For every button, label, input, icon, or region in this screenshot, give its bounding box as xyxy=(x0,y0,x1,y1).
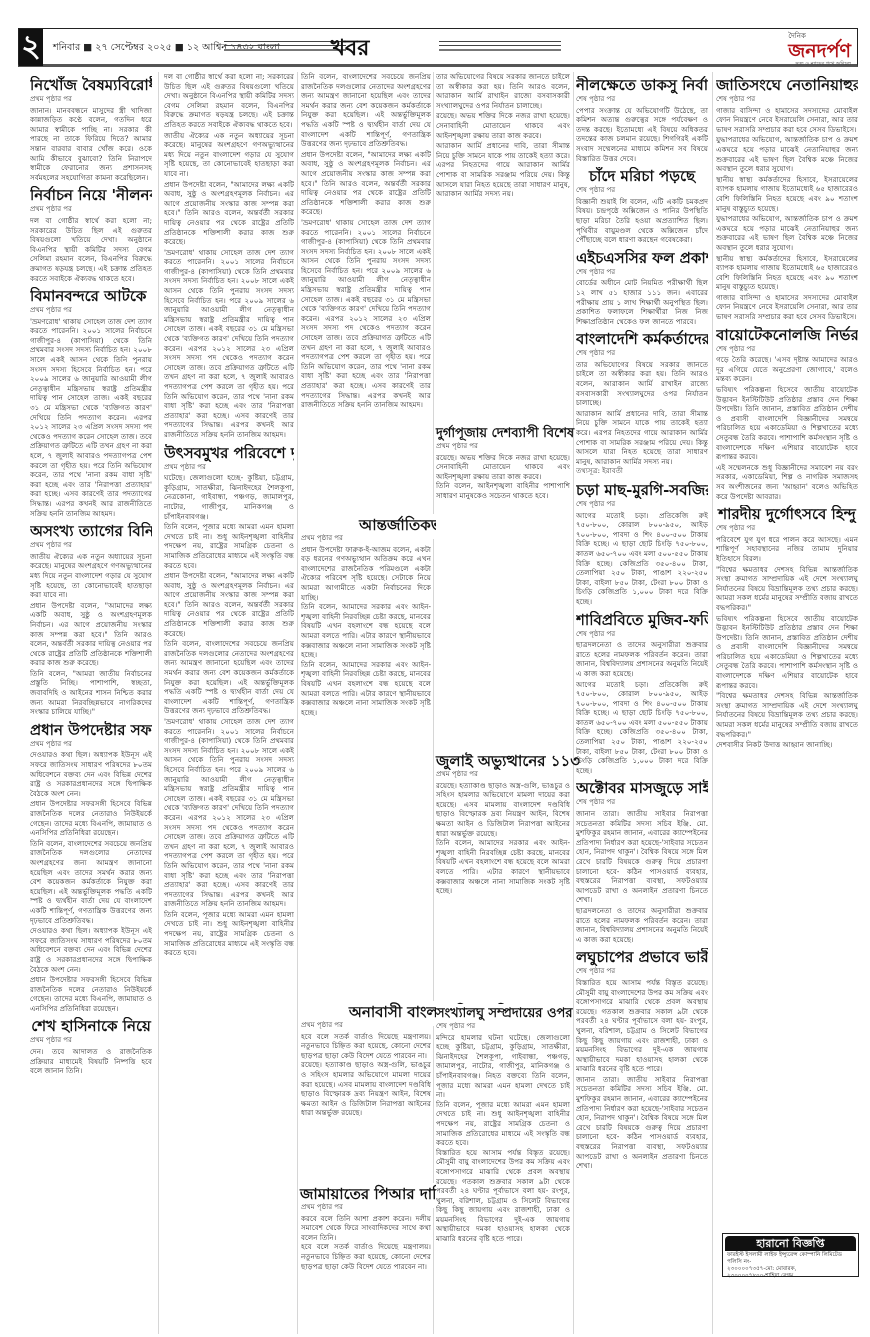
masthead: ২ শনিবার ■ ২৭ সেপ্টেম্বর ২০২৫ ■ ১২ আশ্বি… xyxy=(18,28,858,67)
article-text: জানান। মানববন্ধনে মাসুদের স্ত্রী খাদিজা … xyxy=(30,106,152,183)
article-text: রয়েছে। হত্যাকাণ্ড ছাড়াও অস্ত্র-গুলি, ভ… xyxy=(436,781,570,839)
article-text: 'ভ্রমণরোধ' থাকায় সোহেল তাজ দেশ ত্যাগ কর… xyxy=(30,317,152,518)
jump-line: প্রথম পৃষ্ঠার পর xyxy=(301,534,431,544)
article-text: ছাত্রদলনেতা ও তাদের অনুসারীরা শুক্রবার র… xyxy=(576,640,708,678)
article-block: প্রথম পৃষ্ঠার পর হবে বলে সতর্ক বার্তাও দ… xyxy=(301,1021,431,1131)
article-text: দল বা গোষ্ঠীর স্বার্থে করা হলো না; সরকার… xyxy=(164,72,294,130)
article-text: জানান তারা। জাতীয় সাইবার নিরাপত্তা সচেত… xyxy=(576,809,708,905)
headline[interactable]: শাবিপ্রবিতে মুজিব-ফজিলা xyxy=(576,611,708,629)
article-text: দেওয়ারও কথা ছিল। অধ্যাপক ইউনূস এই সফরে … xyxy=(30,750,152,798)
notice-line: ফারইস্ট ইসলামী লাইফ ইন্স্যুরেন্স কোম্পান… xyxy=(727,1252,854,1266)
article-text: দল বা গোষ্ঠীর স্বার্থে করা হলো না; সরকার… xyxy=(30,216,152,283)
article-text: আরাকান আর্মি প্রধানের দাবি, তারা সীমান্ত… xyxy=(436,141,570,199)
article-text: তিনি বলেন, আমাদের সরকার এবং আইন-শৃঙ্খলা … xyxy=(301,602,431,660)
jump-line: শেষ পৃষ্ঠার পর xyxy=(576,630,708,640)
source-credit: তথ্যসূত্র: ইরাবতী xyxy=(576,467,708,477)
article-text: রয়েছে। হত্যাকাণ্ড ছাড়াও অস্ত্র-গুলি, ভ… xyxy=(301,1060,431,1118)
article-text: হবে বলে সতর্ক বার্তাও দিয়েছে মন্ত্রণালয… xyxy=(301,1032,431,1061)
article-text: জাতীয় ঐক্যের এক নতুন অধ্যায়ের সূচনা কর… xyxy=(164,131,294,179)
article-text: আগের মতোই চড়া। প্রতিকেজি রুই ৭৫০-৮০০, ক… xyxy=(576,680,708,776)
page-number: ২ xyxy=(19,29,43,66)
jump-line: শেষ পৃষ্ঠার পর xyxy=(436,1022,570,1032)
article-text: "বিশ্বের ক্ষমতাধর দেশসহ বিভিন্ন আন্তর্জা… xyxy=(716,691,858,739)
article-text: ভবিষ্যৎ পরিকল্পনা হিসেবে জাতীয় বায়োটেক… xyxy=(716,614,858,691)
jump-line: শেষ পৃষ্ঠার পর xyxy=(716,345,858,355)
headline[interactable]: লঘুচাপের প্রভাবে ভারী xyxy=(576,948,708,966)
column-5: নীলক্ষেতে ডাকসু নির্বাচনের শেষ পৃষ্ঠার প… xyxy=(576,72,708,1332)
column-divider xyxy=(433,72,434,1334)
article-text: বিজ্ঞানী শুয়াই লি বলেন, এটি একটি চমকপ্র… xyxy=(576,197,708,245)
column-2: দল বা গোষ্ঠীর স্বার্থে করা হলো না; সরকার… xyxy=(164,72,294,1332)
article-text: স্থানীয় স্বাস্থ্য কর্মকর্তাদের হিসাবে, … xyxy=(716,175,858,213)
article-text: জানান তারা। জাতীয় সাইবার নিরাপত্তা সচেত… xyxy=(576,1075,708,1171)
article-text: ঘটেছে। জেলাগুলো হচ্ছে- কুষ্টিয়া, চট্টগ্… xyxy=(164,473,294,521)
article-text: তিনি বলেন, আইনশৃঙ্খলা বাহিনীর পাশাপাশি স… xyxy=(436,481,570,500)
article-text: পরিবেশে যুগ যুগ ধরে পালন করে আসছে। এমন শ… xyxy=(716,535,858,564)
article-text: পেপার সংক্রান্ত যে অভিযোগটি উঠেছে, তা কম… xyxy=(576,106,708,164)
jump-line: প্রথম পৃষ্ঠার পর xyxy=(436,442,570,452)
article-text: দেশবাসীর নিকট উদাত্ত আহ্বান জানাচ্ছি। xyxy=(716,740,858,750)
article-text: গড়ে তৈরি করেছে। 'এসব দৃষ্টান্ত আমাদের আ… xyxy=(716,355,858,384)
article-text: গাজার বাসিন্দা ও হামাসের সদস্যদের মোবাইল… xyxy=(716,106,858,135)
headline[interactable]: জাতিসংঘে নেতানিয়াহুর xyxy=(716,76,858,94)
headline[interactable]: প্রধান উপদেষ্টার সফরসঙ্গীর xyxy=(30,721,152,739)
jump-line: শেষ পৃষ্ঠার পর xyxy=(716,524,858,534)
article-text: জাতীয় ঐক্যের এক নতুন অধ্যায়ের সূচনা কর… xyxy=(30,552,152,600)
article-text: গাজার বাসিন্দা ও হামাসের সদস্যদের মোবাইল… xyxy=(716,293,858,322)
article-text: প্রধান উপদেষ্টা বলেন, "আমাদের লক্ষ্য একট… xyxy=(30,601,152,668)
article-text: বোর্ডের অধীনে মোট নিয়মিত পরীক্ষার্থী ছি… xyxy=(576,278,708,326)
article-text: হবে বলে সতর্ক বার্তাও দিয়েছে মন্ত্রণালয… xyxy=(301,1242,431,1271)
jump-line: শেষ পৃষ্ঠার পর xyxy=(576,186,708,196)
article-text: ছাত্রদলনেতা ও তাদের অনুসারীরা শুক্রবার র… xyxy=(576,906,708,944)
headline[interactable]: বিমানবন্দরে আটকে দেওয়া xyxy=(30,287,152,305)
article-block: প্রথম পৃষ্ঠার পর প্রধান উপদেষ্টা ফারুক-ই… xyxy=(301,534,431,1034)
headline[interactable]: উৎসবমুখর পরিবেশে দুর্গাপূজা xyxy=(164,444,294,462)
column-1: নিখোঁজ বৈষম্যবিরোধী নেতা প্রথম পৃষ্ঠার প… xyxy=(30,72,152,1332)
headline[interactable]: অক্টোবর মাসজুড়ে সাইবার xyxy=(576,779,708,797)
jump-line: প্রথম পৃষ্ঠার পর xyxy=(164,463,294,473)
article-text: 'ভ্রমণরোধ' থাকায় সোহেল তাজ দেশ ত্যাগ কর… xyxy=(301,218,431,410)
headline[interactable]: অসংখ্য ত্যাগের বিনিময়ে xyxy=(30,522,152,540)
lost-notice-box: হারানো বিজ্ঞপ্তি ফারইস্ট ইসলামী লাইফ ইন্… xyxy=(722,1233,859,1277)
headline[interactable]: নির্বাচন নিয়ে 'নীলনকশা' xyxy=(30,186,152,204)
brand-name: জনদর্পণ xyxy=(788,42,851,61)
article-text: প্রধান উপদেষ্টা বলেন, "আমাদের লক্ষ্য একট… xyxy=(301,150,431,217)
newspaper-logo: দৈনিক জনদর্পণ সত্য ও ন্যায়ের পথে অবিচল xyxy=(788,30,851,69)
jump-line: প্রথম পৃষ্ঠার পর xyxy=(30,1036,152,1046)
article-text: ভবিষ্যৎ পরিকল্পনা হিসেবে জাতীয় বায়োটেক… xyxy=(716,385,858,462)
article-text: তিনি বলেন, আমাদের সরকার এবং আইন-শৃঙ্খলা … xyxy=(436,838,570,896)
jump-line: শেষ পৃষ্ঠার পর xyxy=(576,500,708,510)
article-text: প্রধান উপদেষ্টার সফরসঙ্গী হিসেবে বিভিন্ন… xyxy=(30,975,152,1013)
brand-tagline: সত্য ও ন্যায়ের পথে অবিচল xyxy=(788,61,851,69)
headline[interactable]: চড়া মাছ-মুরগি-সবজির xyxy=(576,481,708,499)
article-text: আগের মতোই চড়া। প্রতিকেজি রুই ৭৫০-৮০০, ক… xyxy=(576,511,708,607)
article-text: আরাকান আর্মি প্রধানের দাবি, তারা সীমান্ত… xyxy=(576,409,708,467)
jump-line: শেষ পৃষ্ঠার পর xyxy=(576,349,708,359)
column-divider xyxy=(297,72,298,1334)
article-text: তিনি বলেন, "আমরা জাতীয় নির্বাচনের প্রস্… xyxy=(30,669,152,717)
article-text: দেওয়ারও কথা ছিল। অধ্যাপক ইউনূস এই সফরে … xyxy=(30,926,152,974)
article-text: তিনি বলেন, আমাদের সরকার এবং আইন-শৃঙ্খলা … xyxy=(301,660,431,718)
article-text: রয়েছে। অভয় শক্তির দিকে নজর রাখা হয়েছে… xyxy=(436,111,570,140)
article-text: তিনি বলেন, পূজার মধ্যে আমরা এমন হামলা দে… xyxy=(436,1100,570,1148)
headline[interactable]: শারদীয় দুর্গোৎসবে হিন্দু xyxy=(716,505,858,523)
column-divider xyxy=(158,72,159,1334)
decorative-rules-right xyxy=(439,41,561,55)
article-text: তার অভিযোগের বিষয়ে সরকার জানতে চাইলে তা… xyxy=(576,360,708,408)
article-text: প্রধান উপদেষ্টা বলেন, "আমাদের লক্ষ্য একট… xyxy=(164,571,294,638)
article-text: এই সম্মেলনকে শুধু বিজ্ঞানীদের সমাবেশ নয়… xyxy=(716,463,858,501)
jump-line: শেষ পৃষ্ঠার পর xyxy=(576,268,708,278)
jump-line: প্রথম পৃষ্ঠার পর xyxy=(301,1203,431,1213)
jump-line: শেষ পৃষ্ঠার পর xyxy=(716,95,858,105)
column-divider xyxy=(712,72,713,1334)
article-text: রয়েছে। অভয় শক্তির দিকে নজর রাখা হয়েছে… xyxy=(436,453,570,482)
headline[interactable]: এইচএসসির ফল প্রকাশ xyxy=(576,249,708,267)
notice-title: হারানো বিজ্ঞপ্তি xyxy=(725,1236,856,1251)
article-text: "বিশ্বের ক্ষমতাধর দেশসহ বিভিন্ন আন্তর্জা… xyxy=(716,565,858,613)
headline[interactable]: নিখোঁজ বৈষম্যবিরোধী নেতা xyxy=(30,76,152,94)
article-block: প্রথম পৃষ্ঠার পর করবে বলে তিনি আশা প্রকা… xyxy=(301,1203,431,1333)
headline[interactable]: বায়োটেকনোলজি নির্ভর xyxy=(716,326,858,344)
article-text: 'ভ্রমণরোধ' থাকায় সোহেল তাজ দেশ ত্যাগ কর… xyxy=(164,248,294,440)
article-text: তিনি বলেন, পূজার মধ্যে আমরা এমন হামলা দে… xyxy=(164,910,294,958)
article-block: শেষ পৃষ্ঠার পর মন্দিরে হামলার ঘটনা ঘটেছে… xyxy=(436,1022,570,1334)
headline[interactable]: বাংলাদেশি কর্মকর্তাদের xyxy=(576,330,708,348)
article-text: তিনি বলেন, বাংলাদেশের সবচেয়ে জনপ্রিয় র… xyxy=(301,72,431,149)
headline[interactable]: শেখ হাসিনাকে নিয়ে xyxy=(30,1017,152,1035)
jump-line: প্রথম পৃষ্ঠার পর xyxy=(30,541,152,551)
article-text: যুদ্ধাপরাধের অভিযোগ, আন্তর্জাতিক চাপ ও ক… xyxy=(716,135,858,173)
article-text: করবে বলে তিনি আশা প্রকাশ করেন। দলীয় সমা… xyxy=(301,1214,431,1243)
article-text: প্রধান উপদেষ্টা ফারুক-ই-আজম বলেন, একটা ব… xyxy=(301,545,431,603)
article-text: তিনি বলেন, বাংলাদেশের সবচেয়ে জনপ্রিয় র… xyxy=(30,839,152,925)
jump-line: প্রথম পৃষ্ঠার পর xyxy=(301,1021,431,1031)
column-divider xyxy=(573,72,574,1334)
notice-line: ২৩০০০০৭৮০০-শাহিদা বেগম xyxy=(727,1273,854,1280)
article-text: যুদ্ধাপরাধের অভিযোগ, আন্তর্জাতিক চাপ ও ক… xyxy=(716,214,858,252)
jump-line: শেষ পৃষ্ঠার পর xyxy=(576,967,708,977)
article-text: স্থানীয় স্বাস্থ্য কর্মকর্তাদের হিসাবে, … xyxy=(716,254,858,292)
jump-line: প্রথম পৃষ্ঠার পর xyxy=(30,95,152,105)
article-text: তার অভিযোগের বিষয়ে সরকার জানতে চাইলে তা… xyxy=(436,72,570,110)
jump-line: প্রথম পৃষ্ঠার পর xyxy=(436,770,570,780)
jump-line: শেষ পৃষ্ঠার পর xyxy=(576,95,708,105)
article-text: 'ভ্রমণরোধ' থাকায় সোহেল তাজ দেশ ত্যাগ কর… xyxy=(164,717,294,909)
jump-line: প্রথম পৃষ্ঠার পর xyxy=(30,205,152,215)
headline[interactable]: চাঁদে মরিচা পড়ছে xyxy=(576,167,708,185)
jump-line: শেষ পৃষ্ঠার পর xyxy=(576,798,708,808)
section-title: খবর xyxy=(285,31,415,68)
column-6: জাতিসংঘে নেতানিয়াহুর শেষ পৃষ্ঠার পর গাজ… xyxy=(716,72,858,1332)
headline[interactable]: নীলক্ষেতে ডাকসু নির্বাচনের xyxy=(576,76,708,94)
article-text: দেন। তবে আদালত ও রাজনৈতিক প্রক্রিয়ার মা… xyxy=(30,1047,152,1076)
article-text: তিনি বলেন, বাংলাদেশের সবচেয়ে জনপ্রিয় র… xyxy=(164,639,294,716)
notice-line: ২৩০০০০৭৩৫৭-মো: মোবারক, xyxy=(727,1266,854,1273)
jump-line: প্রথম পৃষ্ঠার পর xyxy=(30,306,152,316)
article-text: মন্দিরে হামলার ঘটনা ঘটেছে। জেলাগুলো হচ্ছ… xyxy=(436,1033,570,1100)
article-text: তিনি বলেন, পূজার মধ্যে আমরা এমন হামলা দে… xyxy=(164,522,294,570)
article-text: প্রধান উপদেষ্টা বলেন, "আমাদের লক্ষ্য একট… xyxy=(164,180,294,247)
article-block: প্রথম পৃষ্ঠার পর রয়েছে। হত্যাকাণ্ড ছাড়… xyxy=(436,770,570,970)
article-text: বিস্তারিত হয়ে আসাম পর্যন্ত বিস্তৃত রয়ে… xyxy=(436,1148,570,1244)
jump-line: প্রথম পৃষ্ঠার পর xyxy=(30,740,152,750)
article-text: বিস্তারিত হয়ে আসাম পর্যন্ত বিস্তৃত রয়ে… xyxy=(576,978,708,1074)
article-block: প্রথম পৃষ্ঠার পর রয়েছে। অভয় শক্তির দিক… xyxy=(436,442,570,542)
article-text: প্রধান উপদেষ্টার সফরসঙ্গী হিসেবে বিভিন্ন… xyxy=(30,799,152,837)
